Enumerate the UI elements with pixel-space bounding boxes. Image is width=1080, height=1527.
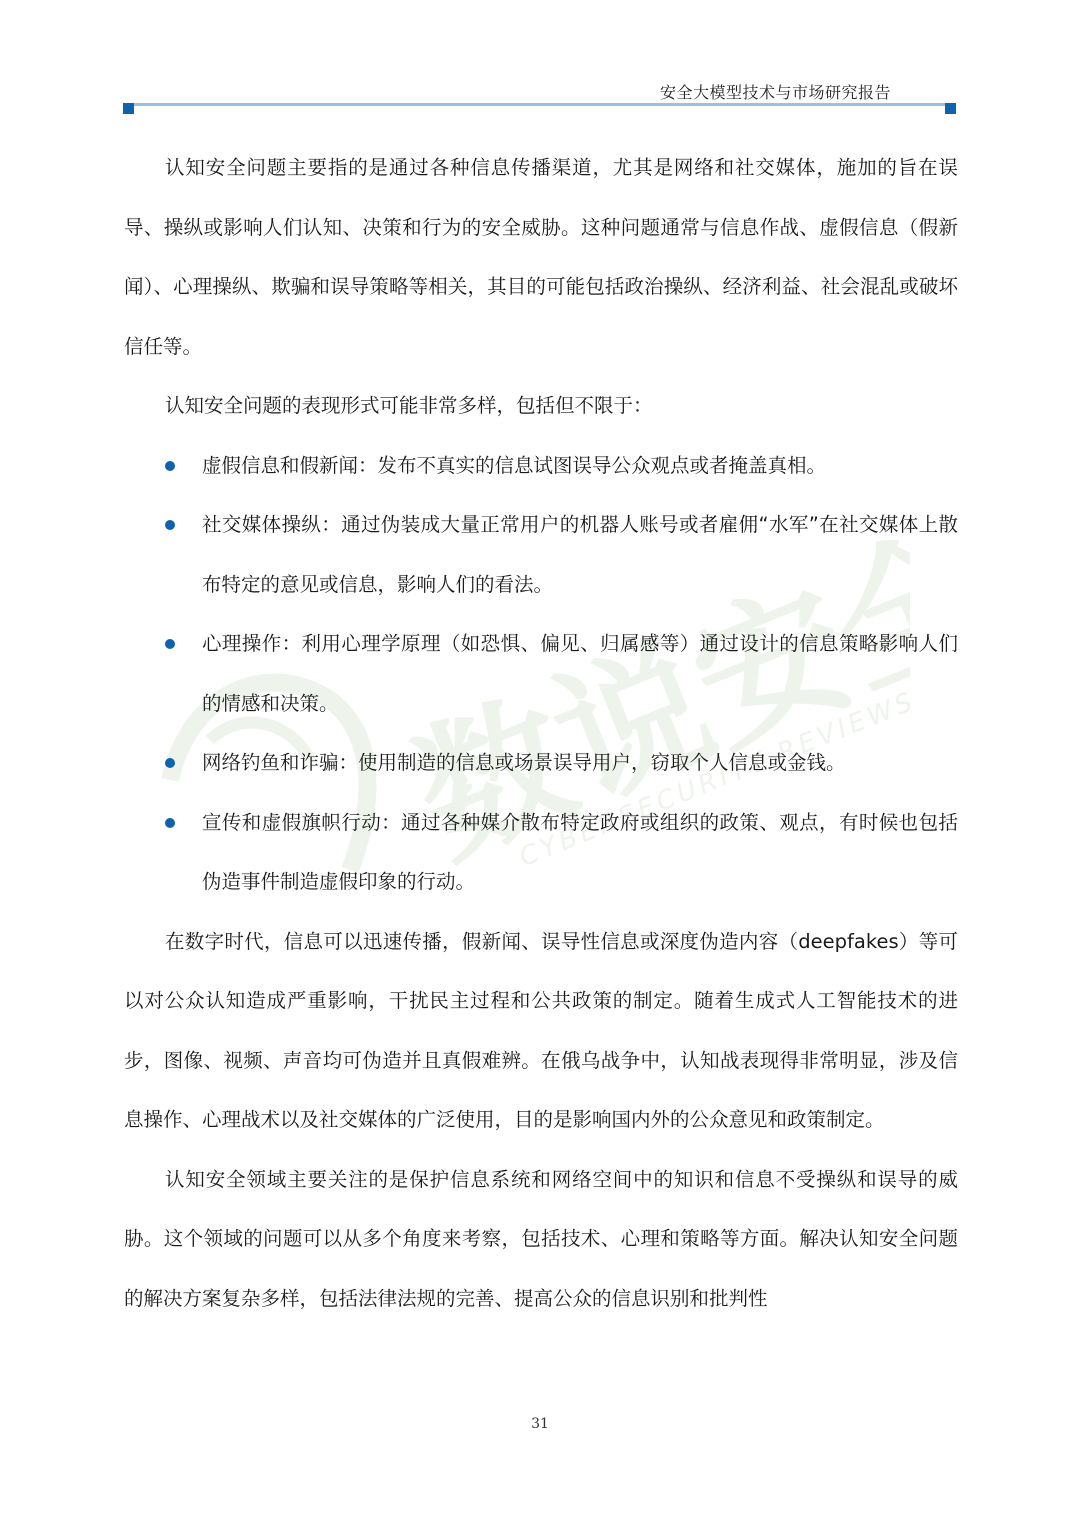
paragraph-list-intro: 认知安全问题的表现形式可能非常多样，包括但不限于：	[124, 376, 958, 436]
list-item-text: 心理操作：利用心理学原理（如恐惧、偏见、归属感等）通过设计的信息策略影响人们的情…	[202, 632, 958, 715]
page-number: 31	[0, 1416, 1080, 1432]
list-item: 宣传和虚假旗帜行动：通过各种媒介散布特定政府或组织的政策、观点，有时候也包括伪造…	[124, 793, 958, 912]
list-item: 网络钓鱼和诈骗：使用制造的信息或场景误导用户，窃取个人信息或金钱。	[124, 733, 958, 793]
header-divider	[130, 103, 948, 106]
paragraph-definition: 认知安全问题主要指的是通过各种信息传播渠道，尤其是网络和社交媒体，施加的旨在误导…	[124, 138, 958, 376]
paragraph-cognitive-security-domain: 认知安全领域主要关注的是保护信息系统和网络空间中的知识和信息不受操纵和误导的威胁…	[124, 1150, 958, 1329]
report-title: 安全大模型技术与市场研究报告	[660, 80, 960, 103]
document-body: 认知安全问题主要指的是通过各种信息传播渠道，尤其是网络和社交媒体，施加的旨在误导…	[124, 138, 958, 1328]
list-item-text: 虚假信息和假新闻：发布不真实的信息试图误导公众观点或者掩盖真相。	[202, 454, 826, 477]
bullet-icon	[165, 758, 175, 768]
bullet-icon	[165, 520, 175, 530]
bullet-icon	[165, 639, 175, 649]
list-item: 心理操作：利用心理学原理（如恐惧、偏见、归属感等）通过设计的信息策略影响人们的情…	[124, 614, 958, 733]
list-item-text: 网络钓鱼和诈骗：使用制造的信息或场景误导用户，窃取个人信息或金钱。	[202, 751, 846, 774]
bullet-icon	[165, 818, 175, 828]
list-item: 虚假信息和假新闻：发布不真实的信息试图误导公众观点或者掩盖真相。	[124, 436, 958, 496]
list-item-text: 社交媒体操纵：通过伪装成大量正常用户的机器人账号或者雇佣“水军”在社交媒体上散布…	[202, 513, 958, 596]
list-item-text: 宣传和虚假旗帜行动：通过各种媒介散布特定政府或组织的政策、观点，有时候也包括伪造…	[202, 811, 958, 894]
paragraph-digital-era: 在数字时代，信息可以迅速传播，假新闻、误导性信息或深度伪造内容（deepfake…	[124, 912, 958, 1150]
manifestation-list: 虚假信息和假新闻：发布不真实的信息试图误导公众观点或者掩盖真相。 社交媒体操纵：…	[124, 436, 958, 912]
bullet-icon	[165, 461, 175, 471]
header-square-right	[945, 103, 956, 114]
list-item: 社交媒体操纵：通过伪装成大量正常用户的机器人账号或者雇佣“水军”在社交媒体上散布…	[124, 495, 958, 614]
header-square-left	[123, 103, 134, 114]
